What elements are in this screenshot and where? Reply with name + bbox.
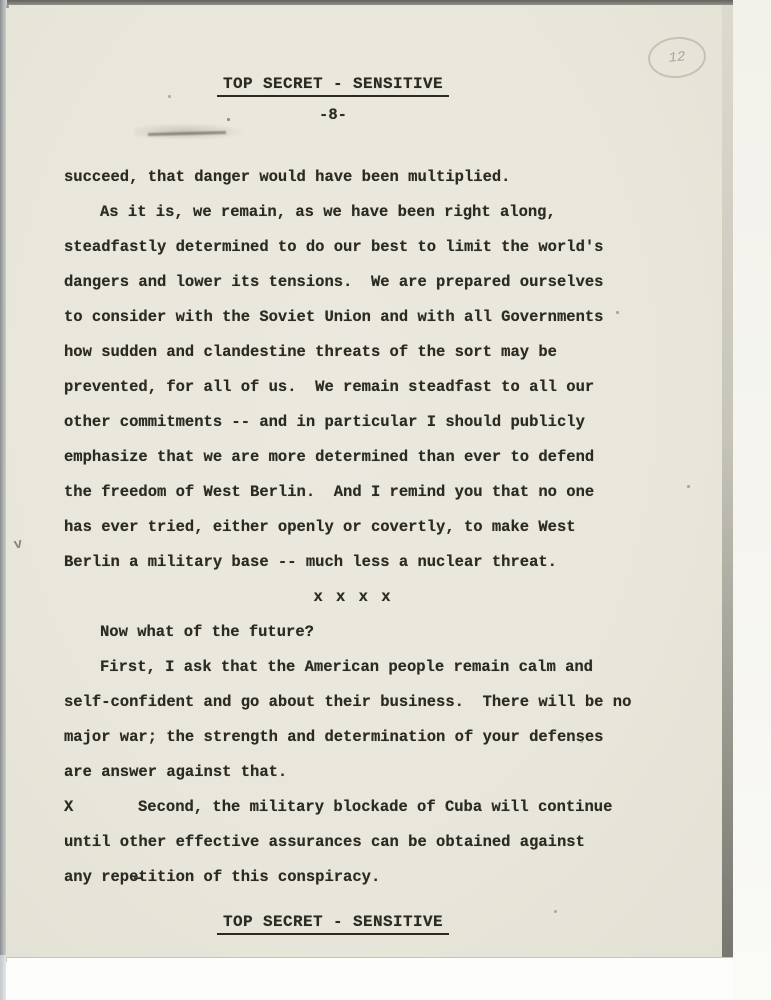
text-line: steadfastly determined to do our best to… [64, 230, 674, 265]
text-line: dangers and lower its tensions. We are p… [64, 265, 674, 300]
smudge-mark [134, 123, 246, 139]
text-line: any repe̶tition of this conspiracy. [64, 860, 674, 895]
text-line: major war; the strength and determinatio… [64, 720, 674, 755]
page-number-text: -8- [319, 106, 347, 124]
scan-edge-left-lower [0, 955, 6, 1000]
backing-sheet [733, 0, 771, 1000]
text-line: are answer against that. [64, 755, 674, 790]
pencil-circled-number: 12 [646, 35, 707, 81]
document-body: succeed, that danger would have been mul… [64, 160, 674, 895]
text-line: has ever tried, either openly or covertl… [64, 510, 674, 545]
text-line: First, I ask that the American people re… [64, 650, 674, 685]
document-page: 12 TOP SECRET - SENSITIVE -8- v succeed,… [6, 5, 733, 958]
text-line: Now what of the future? [64, 615, 674, 650]
classification-header: TOP SECRET - SENSITIVE [64, 75, 656, 97]
classification-footer: TOP SECRET - SENSITIVE [64, 913, 656, 935]
margin-checkmark: v [13, 536, 24, 553]
text-line: succeed, that danger would have been mul… [64, 160, 674, 195]
text-line: prevented, for all of us. We remain stea… [64, 370, 674, 405]
circled-page-index: 12 [668, 49, 686, 66]
text-line: other commitments -- and in particular I… [64, 405, 674, 440]
text-line: how sudden and clandestine threats of th… [64, 335, 674, 370]
text-line: self-confident and go about their busine… [64, 685, 674, 720]
text-line: to consider with the Soviet Union and wi… [64, 300, 674, 335]
classification-footer-text: TOP SECRET - SENSITIVE [217, 913, 449, 935]
page-edge-shadow [722, 5, 733, 957]
scan-noise-specks [6, 5, 8, 7]
overstrike-mark: X [64, 790, 138, 825]
scanned-document: 12 TOP SECRET - SENSITIVE -8- v succeed,… [0, 0, 771, 1000]
section-separator: x x x x [48, 580, 658, 615]
text-line: emphasize that we are more determined th… [64, 440, 674, 475]
text-line: As it is, we remain, as we have been rig… [64, 195, 674, 230]
text-line: XSecond, the military blockade of Cuba w… [64, 790, 674, 825]
page-number: -8- [64, 106, 656, 124]
text-line: until other effective assurances can be … [64, 825, 674, 860]
text-line: Berlin a military base -- much less a nu… [64, 545, 674, 580]
classification-header-text: TOP SECRET - SENSITIVE [217, 75, 449, 97]
text-line-content: Second, the military blockade of Cuba wi… [138, 798, 612, 816]
text-line: the freedom of West Berlin. And I remind… [64, 475, 674, 510]
